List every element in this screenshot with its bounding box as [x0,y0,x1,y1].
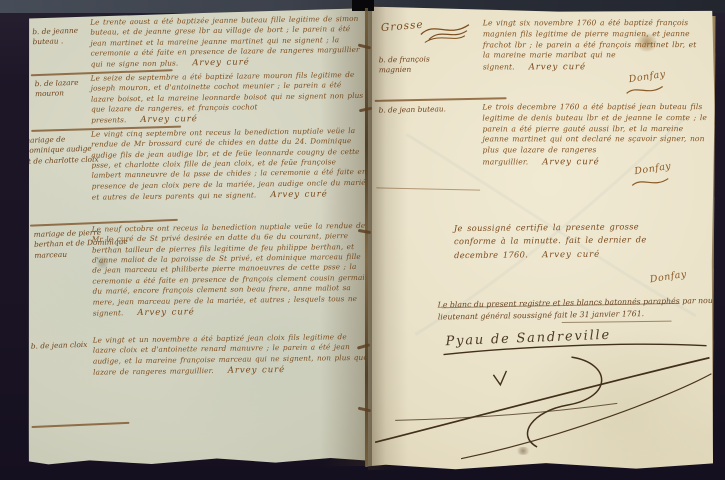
ink-smudge [96,254,108,272]
binding-crease [365,8,368,466]
entry-body: Le seize de septembre a été baptizé laza… [91,70,364,125]
ink-stain [635,33,659,51]
entry-marriage-berthan-marceau: Le neuf octobre ont receus la benedictio… [92,221,371,320]
entry-baptism-jeanne-buteau: Le trente aoust a été baptizée jeanne bu… [90,14,363,71]
entry-baptism-jean-cloix: Le vingt et un novembre a été baptizé je… [93,332,374,379]
cure-signature: Arvey curé [192,58,250,69]
pen-cross-flourish-strokes [365,4,715,472]
bottom-pen-stroke [31,422,129,428]
scanned-parish-register: { "book": { "colors": { "background": "#… [0,0,725,480]
cure-signature: Arvey curé [137,307,195,318]
entry-baptism-lazare-mouron: Le seize de septembre a été baptizé laza… [91,70,366,127]
entry-marriage-audige-cloix: Le vingt cinq septembre ont receus la be… [91,126,368,204]
binding-top-notch [352,0,374,11]
left-page: b. de jeanne buteau . Le trente aoust a … [24,8,372,467]
cure-signature: Arvey curé [228,365,286,376]
cure-signature: Arvey curé [270,190,328,201]
dirt-mark [515,447,531,455]
entry-body: Le neuf octobre ont receus la benedictio… [92,221,370,318]
cure-signature: Arvey curé [140,115,198,126]
right-page: Grosse b. de françois magnien Le vingt s… [365,4,715,472]
